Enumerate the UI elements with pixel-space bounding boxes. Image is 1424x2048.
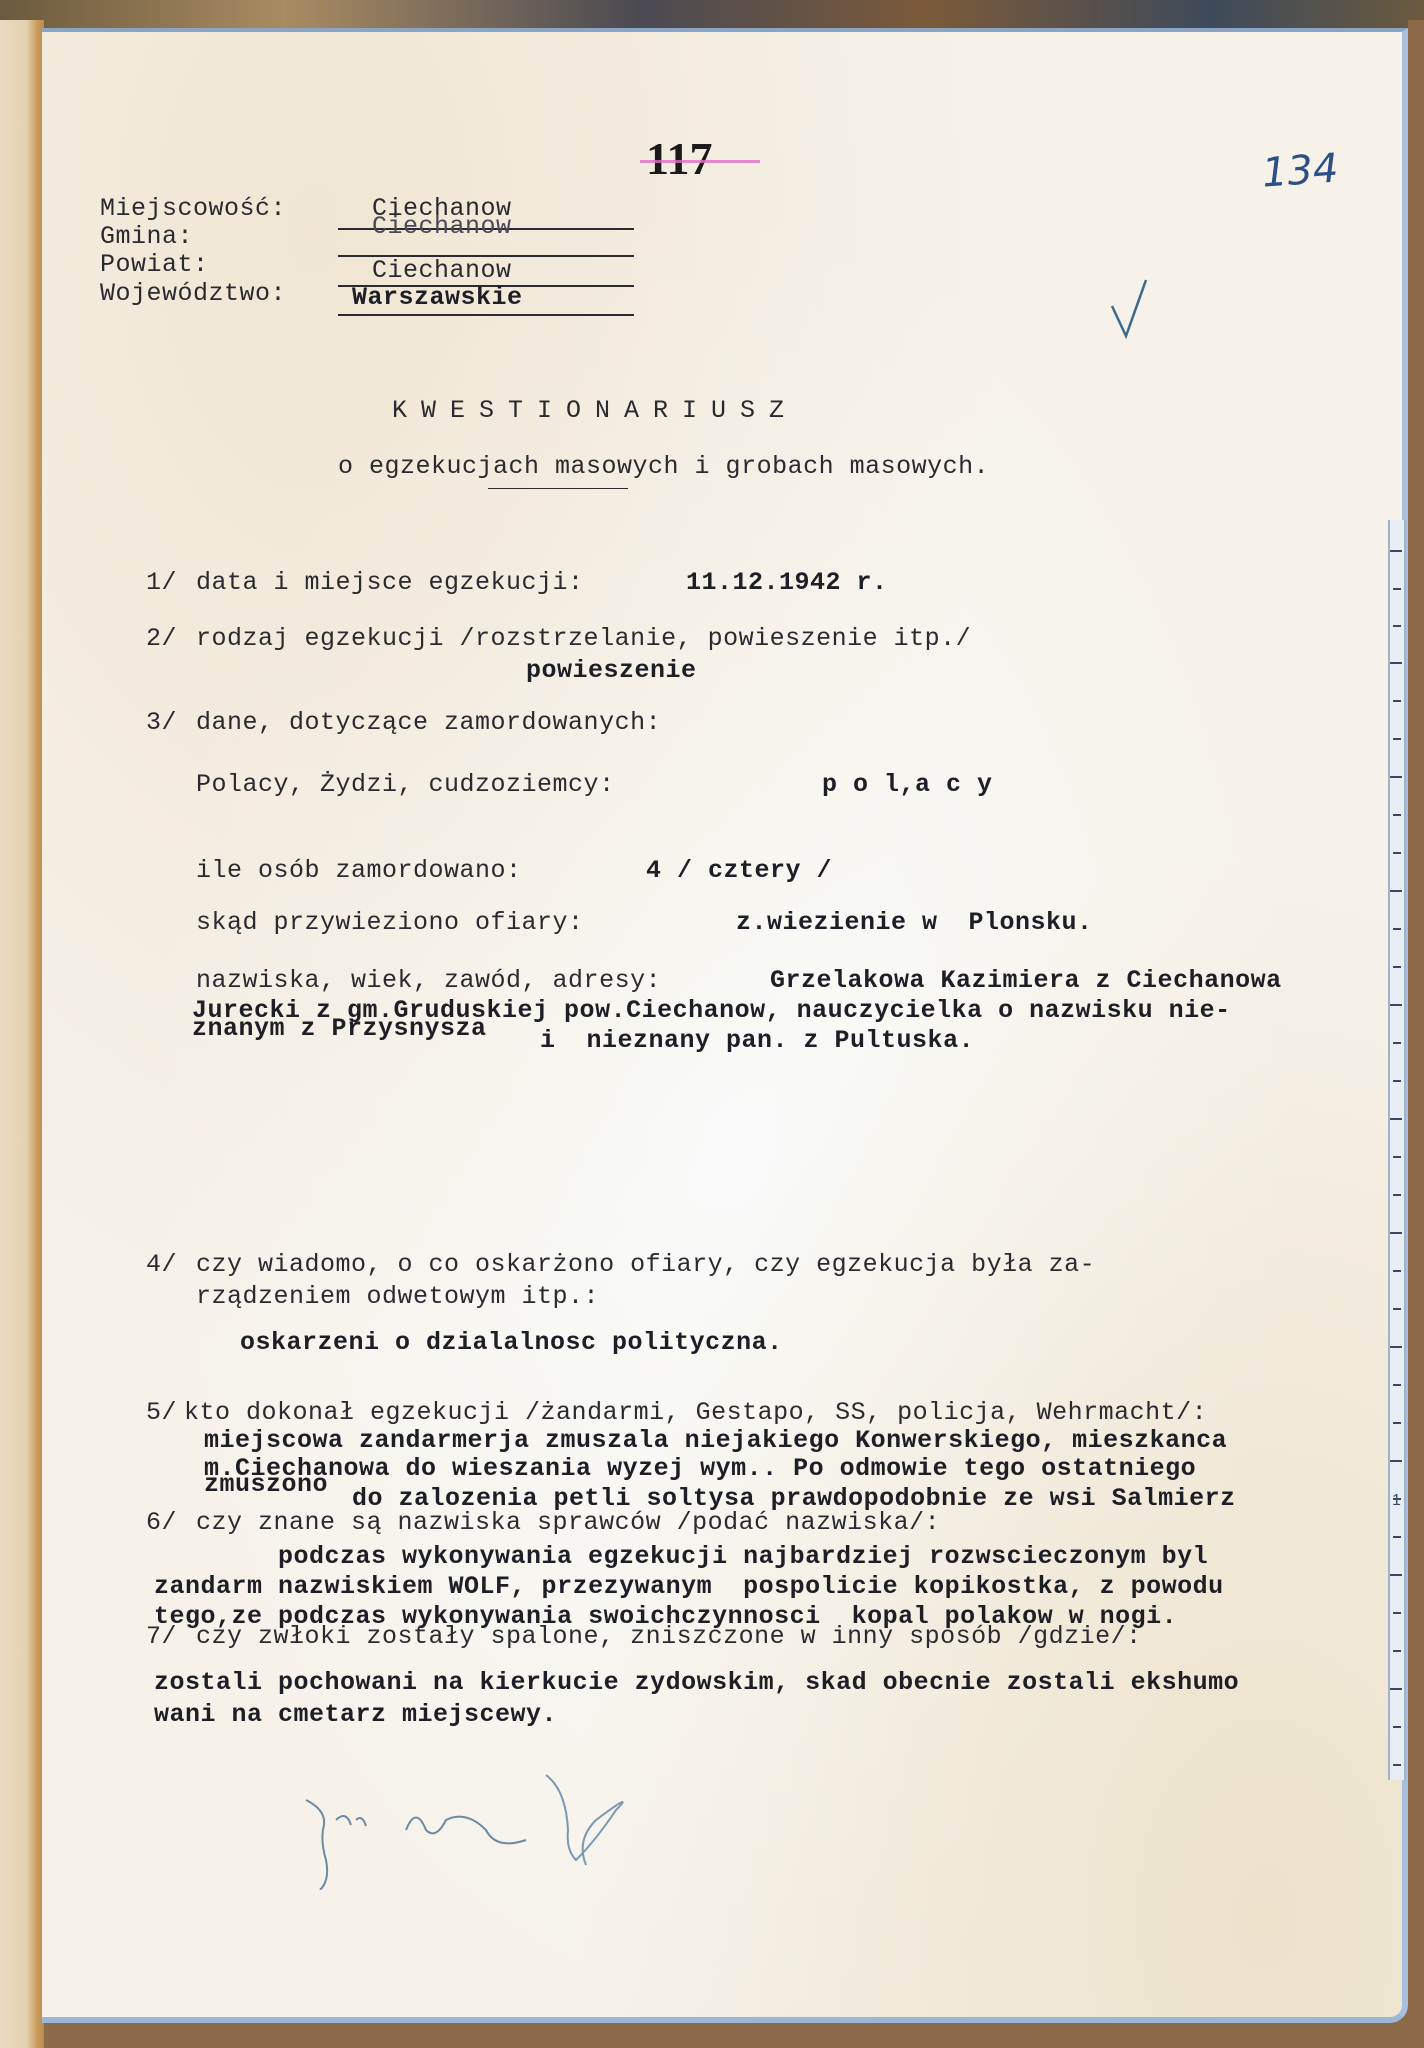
- q5-answer-line: m.Ciechanowa do wieszania wyzej wym.. Po…: [204, 1454, 1196, 1483]
- q6-answer-line: podczas wykonywania egzekucji najbardzie…: [278, 1542, 1208, 1571]
- q1-question: data i miejsce egzekucji:: [196, 568, 584, 597]
- q3c-question: skąd przywieziono ofiary:: [196, 908, 584, 937]
- q4-number: 4/: [146, 1250, 177, 1279]
- q7-question: czy zwłoki zostały spalone, zniszczone w…: [196, 1622, 1142, 1651]
- scan-top-edge: [0, 0, 1424, 28]
- q3-question: dane, dotyczące zamordowanych:: [196, 708, 661, 737]
- q3d-answer-line: znanym z Przysnysza: [192, 1014, 487, 1043]
- field-value-powiat: Ciechanow: [372, 256, 512, 285]
- field-value-wojewodztwo: Warszawskie: [352, 283, 523, 312]
- pink-strike-mark: [640, 160, 760, 163]
- field-value-gmina: Ciechanow: [372, 212, 512, 241]
- q2-answer: powieszenie: [526, 656, 697, 685]
- q3-number: 3/: [146, 708, 177, 737]
- q1-number: 1/: [146, 568, 177, 597]
- q4-answer: oskarzeni o dzialalnosc polityczna.: [240, 1328, 783, 1357]
- q6-answer-line: zandarm nazwiskiem WOLF, przezywanym pos…: [154, 1572, 1224, 1601]
- q5-answer-line: zmuszono: [204, 1470, 328, 1499]
- underline: [488, 488, 628, 489]
- q5-question: kto dokonał egzekucji /żandarmi, Gestapo…: [184, 1398, 1207, 1427]
- document-subtitle: o egzekucjach masowych i grobach masowyc…: [338, 452, 989, 481]
- q3d-question: nazwiska, wiek, zawód, adresy:: [196, 966, 661, 995]
- q1-answer: 11.12.1942 r.: [686, 568, 888, 597]
- underline: [338, 314, 634, 316]
- field-label-miejscowosc: Miejscowość:: [100, 194, 286, 223]
- q2-number: 2/: [146, 624, 177, 653]
- handwritten-signature: [296, 1770, 656, 1890]
- q3a-answer: p o l,a c y: [822, 770, 993, 799]
- scale-ruler: 1: [1388, 520, 1406, 1780]
- q2-question: rodzaj egzekucji /rozstrzelanie, powiesz…: [196, 624, 971, 653]
- q3b-answer: 4 / cztery /: [646, 856, 832, 885]
- q4-question-line: czy wiadomo, o co oskarżono ofiary, czy …: [196, 1250, 1095, 1279]
- handwritten-archive-number: 134: [1260, 145, 1339, 196]
- q7-number: 7/: [146, 1622, 177, 1651]
- q7-answer-line: zostali pochowani na kierkucie zydowskim…: [154, 1668, 1239, 1697]
- q5-answer-line: miejscowa zandarmerja zmuszala niejakieg…: [204, 1426, 1227, 1455]
- q6-question: czy znane są nazwiska sprawców /podać na…: [196, 1508, 940, 1537]
- q3d-answer-line: Grzelakowa Kazimiera z Ciechanowa: [770, 966, 1282, 995]
- ruler-mark: 1: [1392, 1492, 1401, 1510]
- q6-number: 6/: [146, 1508, 177, 1537]
- q3b-question: ile osób zamordowano:: [196, 856, 522, 885]
- page-stamp-number: 117: [646, 132, 712, 185]
- q5-number: 5/: [146, 1398, 177, 1427]
- q7-answer-line: wani na cmetarz miejscewy.: [154, 1700, 557, 1729]
- q3c-answer: z.wiezienie w Plonsku.: [736, 908, 1093, 937]
- q4-question-line: rządzeniem odwetowym itp.:: [196, 1282, 599, 1311]
- q3a-question: Polacy, Żydzi, cudzoziemcy:: [196, 770, 615, 799]
- checkmark-icon: [1110, 278, 1150, 340]
- scan-right-edge: [1408, 20, 1424, 2048]
- field-label-gmina: Gmina:: [100, 222, 193, 251]
- document-title: KWESTIONARIUSZ: [392, 396, 798, 425]
- q3d-answer-line: i nieznany pan. z Pultuska.: [540, 1026, 974, 1055]
- field-label-wojewodztwo: Województwo:: [100, 279, 286, 308]
- binder-edge: [0, 20, 44, 2048]
- field-label-powiat: Powiat:: [100, 250, 209, 279]
